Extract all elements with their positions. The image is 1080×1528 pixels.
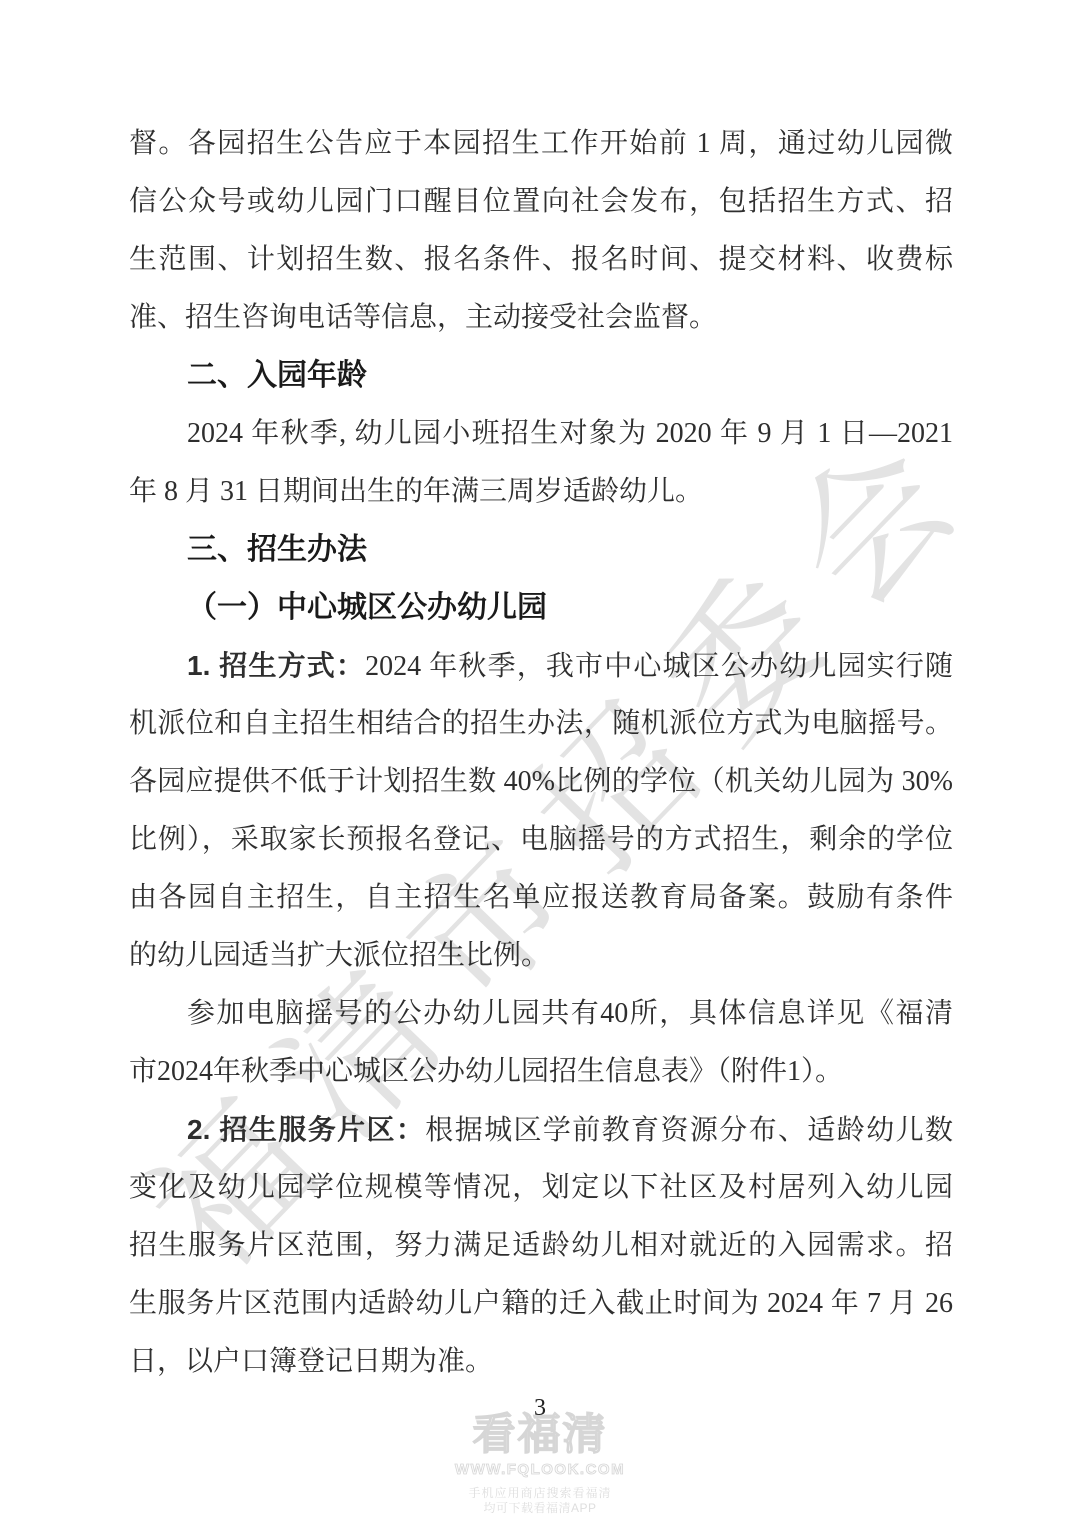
footer-watermark-line2: 均可下载看福清APP (0, 1501, 1080, 1516)
text-run: 比例），采取家长预报名登记、电脑摇号的方式招生，剩余的学位 (129, 824, 953, 855)
text-run: 信公众号或幼儿园门口醒目位置向社会发布，包括招生方式、招 (129, 186, 953, 217)
text-run: 市2024年秋季中心城区公办幼儿园招生信息表》（附件1）。 (129, 1056, 843, 1087)
document-line: 的幼儿园适当扩大派位招生比例。 (129, 927, 953, 985)
text-run: 二、入园年龄 (187, 359, 367, 392)
text-run: 变化及幼儿园学位规模等情况，划定以下社区及村居列入幼儿园 (129, 1172, 953, 1203)
document-line: 市2024年秋季中心城区公办幼儿园招生信息表》（附件1）。 (129, 1043, 953, 1101)
document-line: 比例），采取家长预报名登记、电脑摇号的方式招生，剩余的学位 (129, 811, 953, 869)
inline-label: 2. 招生服务片区： (187, 1114, 425, 1145)
document-line: 变化及幼儿园学位规模等情况，划定以下社区及村居列入幼儿园 (129, 1159, 953, 1217)
text-run: 年 8 月 31 日期间出生的年满三周岁适龄幼儿。 (129, 476, 703, 507)
text-run: 的幼儿园适当扩大派位招生比例。 (129, 940, 549, 971)
document-line: 招生服务片区范围，努力满足适龄幼儿相对就近的入园需求。招 (129, 1217, 953, 1275)
text-run: 2024 年秋季, 幼儿园小班招生对象为 2020 年 9 月 1 日—2021 (187, 418, 953, 449)
text-run: 招生服务片区范围，努力满足适龄幼儿相对就近的入园需求。招 (129, 1230, 953, 1261)
text-run: 机派位和自主招生相结合的招生办法，随机派位方式为电脑摇号。 (129, 708, 953, 739)
document-line: 由各园自主招生，自主招生名单应报送教育局备案。鼓励有条件 (129, 869, 953, 927)
text-run: （一）中心城区公办幼儿园 (187, 591, 547, 624)
inline-label: 1. 招生方式： (187, 650, 365, 681)
text-run: 三、招生办法 (187, 533, 367, 566)
footer-watermark-line1: 手机应用商店搜索看福清 (0, 1486, 1080, 1501)
text-run: 根据城区学前教育资源分布、适龄幼儿数 (425, 1115, 953, 1146)
page-number: 3 (0, 1394, 1080, 1422)
text-run: 准、招生咨询电话等信息，主动接受社会监督。 (129, 302, 717, 333)
document-content: 督。各园招生公告应于本园招生工作开始前 1 周，通过幼儿园微信公众号或幼儿园门口… (129, 115, 953, 1391)
document-line: 各园应提供不低于计划招生数 40%比例的学位（机关幼儿园为 30% (129, 753, 953, 811)
document-line: 2. 招生服务片区：根据城区学前教育资源分布、适龄幼儿数 (129, 1101, 953, 1159)
text-run: 2024 年秋季，我市中心城区公办幼儿园实行随 (365, 651, 953, 682)
document-line: 督。各园招生公告应于本园招生工作开始前 1 周，通过幼儿园微 (129, 115, 953, 173)
text-run: 生服务片区范围内适龄幼儿户籍的迁入截止时间为 2024 年 7 月 26 (129, 1288, 953, 1319)
document-line: 机派位和自主招生相结合的招生办法，随机派位方式为电脑摇号。 (129, 695, 953, 753)
section-heading: （一）中心城区公办幼儿园 (129, 579, 953, 637)
document-line: 生服务片区范围内适龄幼儿户籍的迁入截止时间为 2024 年 7 月 26 (129, 1275, 953, 1333)
document-line: 1. 招生方式：2024 年秋季，我市中心城区公办幼儿园实行随 (129, 637, 953, 695)
text-run: 由各园自主招生，自主招生名单应报送教育局备案。鼓励有条件 (129, 882, 953, 913)
document-line: 信公众号或幼儿园门口醒目位置向社会发布，包括招生方式、招 (129, 173, 953, 231)
section-heading: 二、入园年龄 (129, 347, 953, 405)
text-run: 生范围、计划招生数、报名条件、报名时间、提交材料、收费标 (129, 244, 953, 275)
document-line: 日，以户口簿登记日期为准。 (129, 1333, 953, 1391)
document-line: 年 8 月 31 日期间出生的年满三周岁适龄幼儿。 (129, 463, 953, 521)
text-run: 督。各园招生公告应于本园招生工作开始前 1 周，通过幼儿园微 (129, 128, 953, 159)
text-run: 参加电脑摇号的公办幼儿园共有40所，具体信息详见《福清 (187, 998, 953, 1029)
section-heading: 三、招生办法 (129, 521, 953, 579)
document-line: 生范围、计划招生数、报名条件、报名时间、提交材料、收费标 (129, 231, 953, 289)
document-line: 2024 年秋季, 幼儿园小班招生对象为 2020 年 9 月 1 日—2021 (129, 405, 953, 463)
document-page: 福清市招委会 督。各园招生公告应于本园招生工作开始前 1 周，通过幼儿园微信公众… (0, 0, 1080, 1528)
document-line: 参加电脑摇号的公办幼儿园共有40所，具体信息详见《福清 (129, 985, 953, 1043)
text-run: 各园应提供不低于计划招生数 40%比例的学位（机关幼儿园为 30% (129, 766, 953, 797)
text-run: 日，以户口簿登记日期为准。 (129, 1346, 493, 1377)
document-line: 准、招生咨询电话等信息，主动接受社会监督。 (129, 289, 953, 347)
footer-watermark: 看福清 WWW.FQLOOK.COM 手机应用商店搜索看福清 均可下载看福清AP… (0, 1410, 1080, 1516)
footer-watermark-url: WWW.FQLOOK.COM (0, 1460, 1080, 1480)
